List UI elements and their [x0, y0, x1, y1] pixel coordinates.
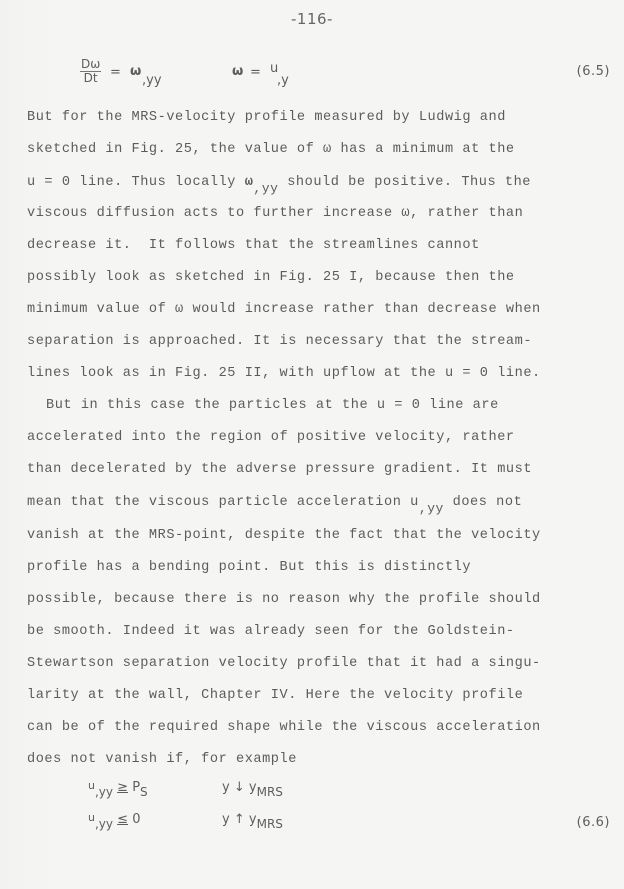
- text-line: u = 0 line. Thus locally ω,yy should be …: [27, 174, 531, 190]
- cond-var: y: [222, 812, 230, 827]
- rhs-var: 0: [132, 812, 140, 827]
- rhs-var: P: [132, 780, 140, 795]
- condition-row-1: y ↓ yMRS: [222, 780, 283, 795]
- vorticity-symbol: ω: [232, 64, 243, 79]
- subscript: ,yy: [253, 181, 278, 196]
- text-segment: should be positive. Thus the: [278, 175, 531, 190]
- text-line: lines look as in Fig. 25 II, with upflow…: [27, 366, 541, 381]
- text-line: possibly look as sketched in Fig. 25 I, …: [27, 270, 515, 285]
- equation-label-6-6: (6.6): [577, 815, 610, 830]
- text-segment: u = 0 line. Thus locally: [27, 175, 245, 190]
- text-line: be smooth. Indeed it was already seen fo…: [27, 624, 515, 639]
- equation-6-6-row-1: u,yy ≥ PS: [88, 780, 148, 795]
- arrow-up-icon: ↑: [234, 812, 245, 827]
- equation-label-6-5: (6.5): [577, 64, 610, 79]
- text-line: larity at the wall, Chapter IV. Here the…: [27, 688, 523, 703]
- equals-sign: =: [110, 65, 121, 80]
- omega-symbol: ω: [130, 64, 141, 79]
- page-number: -116-: [0, 10, 624, 28]
- cond-ref: y: [249, 780, 257, 795]
- relation-symbol: ≤: [117, 812, 128, 827]
- text-line: decrease it. It follows that the streaml…: [27, 238, 480, 253]
- equation-6-5: Dω Dt = ω ,yy ω = u ,y: [80, 56, 580, 96]
- omega-subscript: ,yy: [142, 73, 162, 88]
- text-line: does not vanish if, for example: [27, 752, 297, 767]
- text-line: accelerated into the region of positive …: [27, 430, 515, 445]
- text-line: But in this case the particles at the u …: [46, 398, 499, 413]
- lhs-subscript: ,yy: [95, 817, 113, 831]
- fraction-numerator: Dω: [80, 58, 101, 72]
- text-line: profile has a bending point. But this is…: [27, 560, 471, 575]
- text-line: But for the MRS-velocity profile measure…: [27, 110, 506, 125]
- lhs-var: u: [88, 779, 95, 792]
- text-line: sketched in Fig. 25, the value of ω has …: [27, 142, 515, 157]
- rhs-subscript: S: [140, 785, 148, 799]
- cond-ref: y: [249, 812, 257, 827]
- text-line: vanish at the MRS-point, despite the fac…: [27, 528, 541, 543]
- text-segment: mean that the viscous particle accelerat…: [27, 495, 419, 510]
- arrow-down-icon: ↓: [234, 780, 245, 795]
- text-line: mean that the viscous particle accelerat…: [27, 494, 522, 510]
- material-derivative-fraction: Dω Dt: [80, 58, 101, 85]
- equals-sign-2: =: [250, 65, 261, 80]
- text-line: minimum value of ω would increase rather…: [27, 302, 541, 317]
- lhs-subscript: ,yy: [95, 785, 113, 799]
- text-line: Stewartson separation velocity profile t…: [27, 656, 541, 671]
- text-line: viscous diffusion acts to further increa…: [27, 206, 523, 221]
- cond-var: y: [222, 780, 230, 795]
- text-line: than decelerated by the adverse pressure…: [27, 462, 532, 477]
- text-line: possible, because there is no reason why…: [27, 592, 541, 607]
- subscript: ,yy: [419, 501, 444, 516]
- cond-ref-subscript: MRS: [257, 817, 283, 831]
- document-page: -116- Dω Dt = ω ,yy ω = u ,y (6.5) But f…: [0, 0, 624, 889]
- relation-symbol: ≥: [117, 780, 128, 795]
- text-line: can be of the required shape while the v…: [27, 720, 541, 735]
- lhs-var: u: [88, 811, 95, 824]
- equation-6-6-row-2: u,yy ≤ 0: [88, 812, 140, 827]
- text-segment: does not: [444, 495, 522, 510]
- text-line: separation is approached. It is necessar…: [27, 334, 532, 349]
- velocity-u-subscript: ,y: [277, 73, 289, 88]
- cond-ref-subscript: MRS: [257, 785, 283, 799]
- fraction-denominator: Dt: [80, 72, 101, 85]
- condition-row-2: y ↑ yMRS: [222, 812, 283, 827]
